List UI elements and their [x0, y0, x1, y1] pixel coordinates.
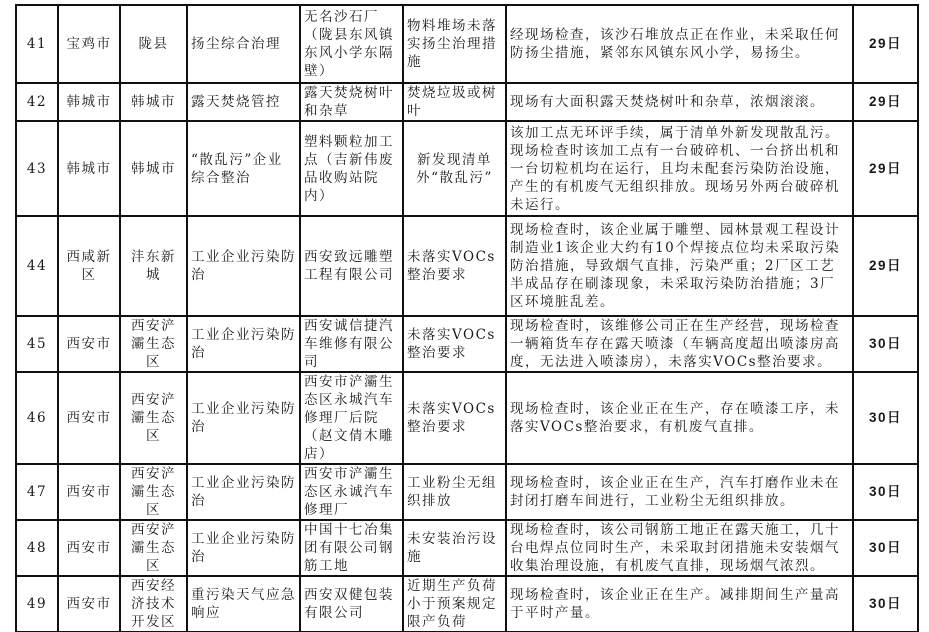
table-row: 43 韩城市 韩城市 “散乱污”企业综合整治 塑料颗粒加工点（吉新伟废品收购站院… — [16, 121, 918, 216]
target-cell: 露天焚烧树叶和杂草 — [300, 83, 403, 121]
row-number: 47 — [16, 464, 58, 520]
date-cell: 30日 — [853, 576, 918, 632]
city-cell: 西安市 — [58, 520, 120, 576]
category-cell: 工业企业污染防治 — [187, 464, 300, 520]
date-cell: 30日 — [853, 464, 918, 520]
county-cell: 陇县 — [120, 5, 187, 83]
county-cell: 西安浐灞生态区 — [120, 316, 187, 372]
target-cell: 塑料颗粒加工点（吉新伟废品收购站院内） — [300, 121, 403, 216]
table-row: 45 西安市 西安浐灞生态区 工业企业污染防治 西安诚信捷汽车维修有限公司 未落… — [16, 316, 918, 372]
target-cell: 无名沙石厂（陇县东风镇东风小学东隔壁） — [300, 5, 403, 83]
issue-cell: 工业粉尘无组织排放 — [403, 464, 506, 520]
description-cell: 现场有大面积露天焚烧树叶和杂草，浓烟滚滚。 — [506, 83, 853, 121]
category-cell: 工业企业污染防治 — [187, 520, 300, 576]
issue-cell: 未落实VOCs整治要求 — [403, 316, 506, 372]
target-cell: 西安市浐灞生态区永诚汽车修理厂 — [300, 464, 403, 520]
description-cell: 现场检查时，该企业正在生产，汽车打磨作业未在封闭打磨车间进行，工业粉尘无组织排放… — [506, 464, 853, 520]
description-cell: 该加工点无环评手续，属于清单外新发现散乱污。现场检查时该加工点有一台破碎机、一台… — [506, 121, 853, 216]
row-number: 49 — [16, 576, 58, 632]
city-cell: 西安市 — [58, 576, 120, 632]
table-row: 47 西安市 西安浐灞生态区 工业企业污染防治 西安市浐灞生态区永诚汽车修理厂 … — [16, 464, 918, 520]
target-cell: 西安诚信捷汽车维修有限公司 — [300, 316, 403, 372]
date-cell: 30日 — [853, 372, 918, 464]
table-row: 48 西安市 西安浐灞生态区 工业企业污染防治 中国十七冶集团有限公司钢筋工地 … — [16, 520, 918, 576]
date-cell: 29日 — [853, 5, 918, 83]
city-cell: 韩城市 — [58, 121, 120, 216]
city-cell: 西安市 — [58, 316, 120, 372]
county-cell: 沣东新城 — [120, 216, 187, 316]
city-cell: 韩城市 — [58, 83, 120, 121]
date-cell: 29日 — [853, 216, 918, 316]
target-cell: 西安双健包装有限公司 — [300, 576, 403, 632]
description-cell: 现场检查时，该企业属于雕塑、园林景观工程设计制造业1该企业大约有10个焊接点位均… — [506, 216, 853, 316]
category-cell: 工业企业污染防治 — [187, 316, 300, 372]
target-cell: 中国十七冶集团有限公司钢筋工地 — [300, 520, 403, 576]
city-cell: 西安市 — [58, 372, 120, 464]
date-cell: 30日 — [853, 520, 918, 576]
county-cell: 西安经济技术开发区 — [120, 576, 187, 632]
city-cell: 西咸新区 — [58, 216, 120, 316]
row-number: 48 — [16, 520, 58, 576]
table-row: 46 西安市 西安浐灞生态区 工业企业污染防治 西安市浐灞生态区永城汽车修理厂后… — [16, 372, 918, 464]
target-cell: 西安市浐灞生态区永城汽车修理厂后院（赵文倩木雕店） — [300, 372, 403, 464]
row-number: 44 — [16, 216, 58, 316]
county-cell: 韩城市 — [120, 83, 187, 121]
row-number: 46 — [16, 372, 58, 464]
county-cell: 西安浐灞生态区 — [120, 372, 187, 464]
issue-cell: 物料堆场未落实扬尘治理措施 — [403, 5, 506, 83]
category-cell: 工业企业污染防治 — [187, 372, 300, 464]
issue-cell: 近期生产负荷小于预案规定限产负荷 — [403, 576, 506, 632]
issue-cell: 焚烧垃圾或树叶 — [403, 83, 506, 121]
issue-cell: 未落实VOCs整治要求 — [403, 372, 506, 464]
table-row: 42 韩城市 韩城市 露天焚烧管控 露天焚烧树叶和杂草 焚烧垃圾或树叶 现场有大… — [16, 83, 918, 121]
category-cell: “散乱污”企业综合整治 — [187, 121, 300, 216]
table-row: 41 宝鸡市 陇县 扬尘综合治理 无名沙石厂（陇县东风镇东风小学东隔壁） 物料堆… — [16, 5, 918, 83]
city-cell: 西安市 — [58, 464, 120, 520]
county-cell: 西安浐灞生态区 — [120, 464, 187, 520]
description-cell: 经现场检查，该沙石堆放点正在作业，未采取任何防扬尘措施，紧邻东风镇东风小学，易扬… — [506, 5, 853, 83]
issue-cell: 新发现清单外“散乱污” — [403, 121, 506, 216]
table-row: 49 西安市 西安经济技术开发区 重污染天气应急响应 西安双健包装有限公司 近期… — [16, 576, 918, 632]
category-cell: 工业企业污染防治 — [187, 216, 300, 316]
row-number: 41 — [16, 5, 58, 83]
inspection-table: 41 宝鸡市 陇县 扬尘综合治理 无名沙石厂（陇县东风镇东风小学东隔壁） 物料堆… — [15, 4, 919, 632]
description-cell: 现场检查时，该维修公司正在生产经营，现场检查一辆箱货车存在露天喷漆（车辆高度超出… — [506, 316, 853, 372]
target-cell: 西安致远雕塑工程有限公司 — [300, 216, 403, 316]
county-cell: 韩城市 — [120, 121, 187, 216]
issue-cell: 未安装治污设施 — [403, 520, 506, 576]
description-cell: 现场检查时，该企业正在生产，存在喷漆工序，未落实VOCs整治要求，有机废气直排。 — [506, 372, 853, 464]
row-number: 45 — [16, 316, 58, 372]
issue-cell: 未落实VOCs整治要求 — [403, 216, 506, 316]
category-cell: 露天焚烧管控 — [187, 83, 300, 121]
date-cell: 30日 — [853, 316, 918, 372]
county-cell: 西安浐灞生态区 — [120, 520, 187, 576]
city-cell: 宝鸡市 — [58, 5, 120, 83]
date-cell: 29日 — [853, 83, 918, 121]
date-cell: 29日 — [853, 121, 918, 216]
description-cell: 现场检查时，该公司钢筋工地正在露天施工，几十台电焊点位同时生产，未采取封闭措施未… — [506, 520, 853, 576]
row-number: 42 — [16, 83, 58, 121]
category-cell: 重污染天气应急响应 — [187, 576, 300, 632]
category-cell: 扬尘综合治理 — [187, 5, 300, 83]
description-cell: 现场检查时，该企业正在生产。减排期间生产量高于平时产量。 — [506, 576, 853, 632]
row-number: 43 — [16, 121, 58, 216]
table-row: 44 西咸新区 沣东新城 工业企业污染防治 西安致远雕塑工程有限公司 未落实VO… — [16, 216, 918, 316]
